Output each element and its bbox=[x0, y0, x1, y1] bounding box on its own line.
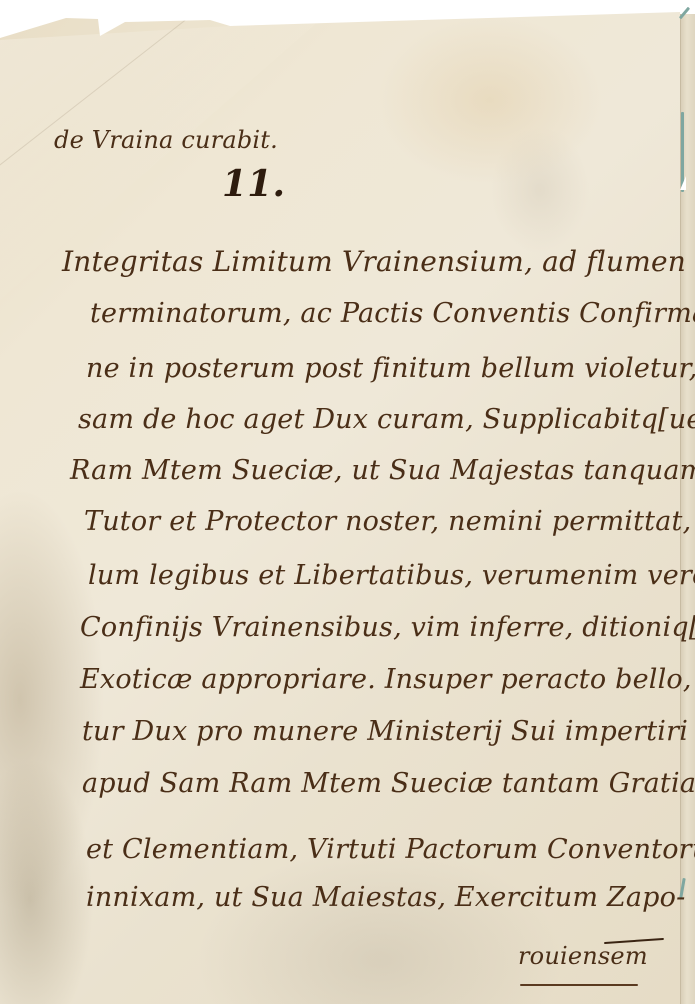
text-line: apud Sam Ram Mtem Sueciæ tantam Gratiam bbox=[82, 770, 695, 797]
text-line: et Clementiam, Virtuti Pactorum Convento… bbox=[86, 836, 695, 863]
binding-thread bbox=[681, 112, 684, 192]
catchword-underline bbox=[520, 984, 638, 986]
manuscript-page: de Vraina curabit. 11. Integritas Limitu… bbox=[0, 0, 695, 1004]
text-line: Integritas Limitum Vrainensium, ad flume… bbox=[62, 248, 695, 276]
text-line: Ram Mtem Sueciæ, ut Sua Majestas tanquam bbox=[70, 457, 695, 484]
text-line: innixam, ut Sua Maiestas, Exercitum Zapo… bbox=[86, 884, 685, 911]
catchword: rouiensem bbox=[518, 944, 648, 968]
text-line: Confinijs Vrainensibus, vim inferre, dit… bbox=[80, 614, 695, 641]
text-line: terminatorum, ac Pactis Conventis Confir… bbox=[90, 300, 695, 327]
text-line: Tutor et Protector noster, nemini permit… bbox=[84, 508, 695, 535]
text-line: tur Dux pro munere Ministerij Sui impert… bbox=[82, 718, 688, 745]
text-line: sam de hoc aget Dux curam, Supplicabitq[… bbox=[78, 406, 695, 433]
text-line: lum legibus et Libertatibus, verumenim v… bbox=[88, 562, 695, 589]
section-number: 11. bbox=[222, 166, 285, 202]
text-line: ne in posterum post finitum bellum viole… bbox=[86, 355, 695, 382]
continuation-line: de Vraina curabit. bbox=[54, 128, 278, 152]
text-line: Exoticæ appropriare. Insuper peracto bel… bbox=[80, 666, 695, 693]
